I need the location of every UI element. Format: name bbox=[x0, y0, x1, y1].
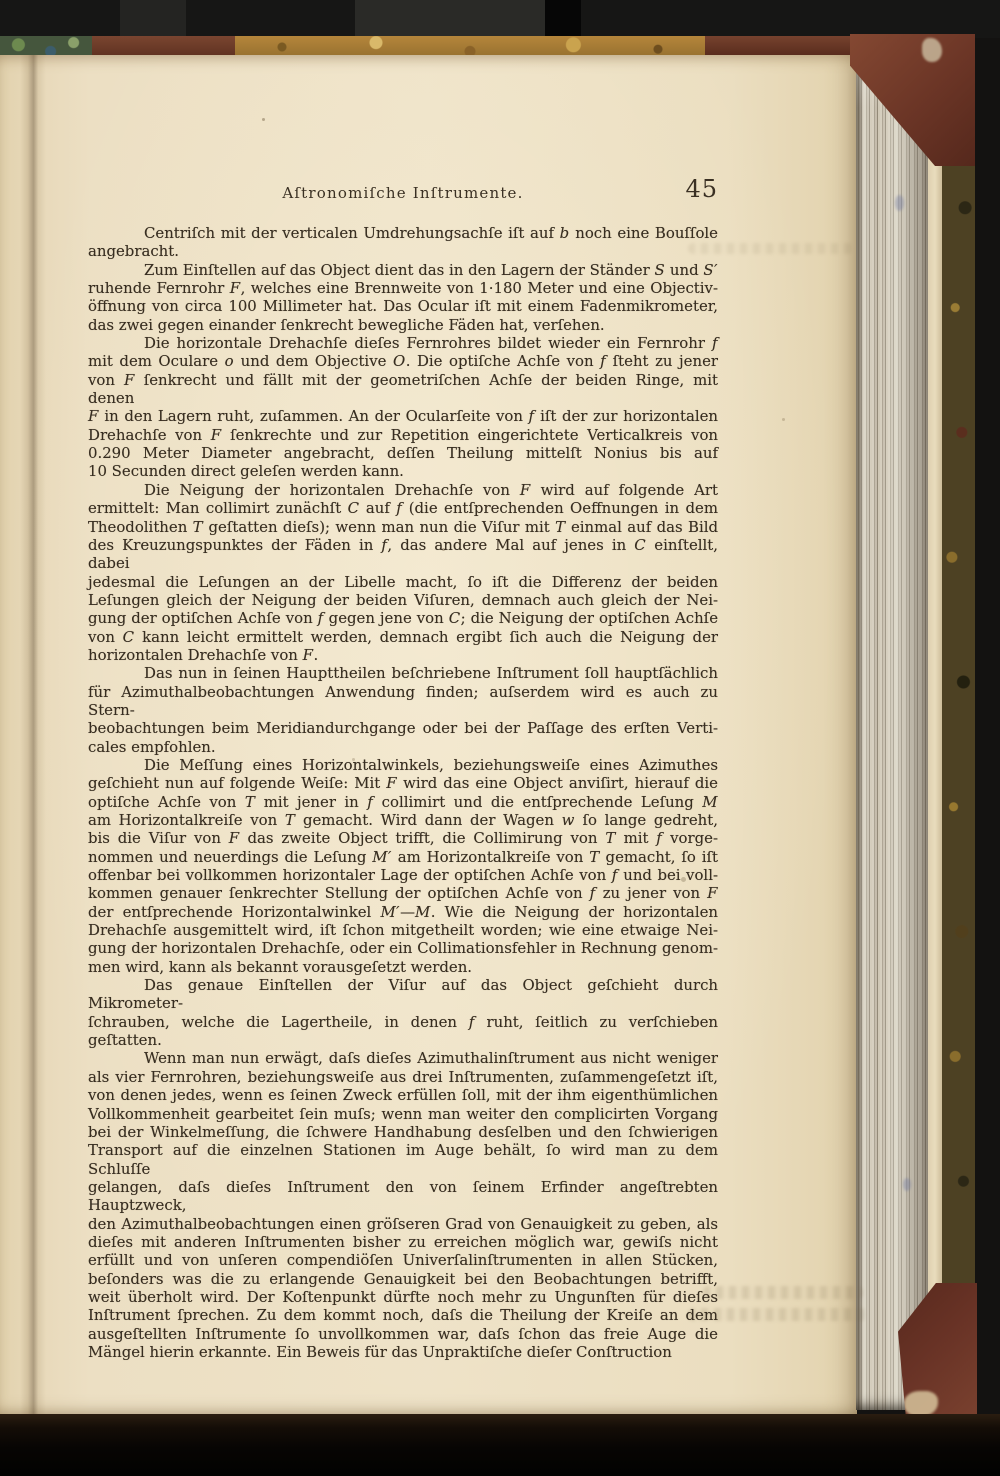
text-line: jedesmal die Leſungen an der Libelle mac… bbox=[88, 573, 718, 591]
paragraph: Die Meſſung eines Horizontalwinkels, bez… bbox=[88, 756, 718, 976]
text-line: Das genaue Einſtellen der Viſur auf das … bbox=[88, 976, 718, 1013]
text-line: gung der horizontalen Drehachſe, oder ei… bbox=[88, 939, 718, 957]
background-bottom bbox=[0, 1414, 1000, 1476]
running-header-title: Aſtronomiſche Inſtrumente. bbox=[88, 184, 718, 202]
text-line: mit dem Oculare o und dem Objective O. D… bbox=[88, 352, 718, 370]
paragraph: Die Neigung der horizontalen Drehachſe v… bbox=[88, 481, 718, 664]
fore-edge-mark bbox=[903, 1178, 911, 1191]
text-line: men wird, kann als bekannt vorausgeſetzt… bbox=[88, 958, 718, 976]
text-line: des Kreuzungspunktes der Fäden in f, das… bbox=[88, 536, 718, 573]
paragraph: Wenn man nun erwägt, daſs dieſes Azimuth… bbox=[88, 1049, 718, 1361]
text-line: F in den Lagern ruht, zuſammen. An der O… bbox=[88, 407, 718, 425]
text-line: das zwei gegen einander ſenkrecht bewegl… bbox=[88, 316, 718, 334]
facing-page-edge bbox=[928, 58, 942, 1340]
text-line: ausgeſtellten Inſtrumente ſo unvollkomme… bbox=[88, 1325, 718, 1343]
text-line: als vier Fernrohren, beziehungsweiſe aus… bbox=[88, 1068, 718, 1086]
paragraph: Die horizontale Drehachſe dieſes Fernroh… bbox=[88, 334, 718, 481]
text-line: beſonders was die zu erlangende Genauigk… bbox=[88, 1270, 718, 1288]
text-line: weit überholt wird. Der Koſtenpunkt dürf… bbox=[88, 1288, 718, 1306]
text-line: Inſtrument ſprechen. Zu dem kommt noch, … bbox=[88, 1306, 718, 1324]
text-line: von F ſenkrecht und fällt mit der geomet… bbox=[88, 371, 718, 408]
text-line: erfüllt und von unſeren compendiöſen Uni… bbox=[88, 1251, 718, 1269]
page-gutter-fold bbox=[20, 55, 46, 1418]
text-line: dieſes mit anderen Inſtrumenten bisher z… bbox=[88, 1233, 718, 1251]
text-line: Die Meſſung eines Horizontalwinkels, bez… bbox=[88, 756, 718, 774]
text-line: horizontalen Drehachſe von F. bbox=[88, 646, 718, 664]
page-number: 45 bbox=[685, 175, 718, 203]
text-line: der entſprechende Horizontalwinkel M′—M.… bbox=[88, 903, 718, 921]
text-line: von C kann leicht ermittelt werden, demn… bbox=[88, 628, 718, 646]
text-block: Centriſch mit der verticalen Umdrehungsa… bbox=[88, 224, 718, 1361]
text-line: optiſche Achſe von T mit jener in f coll… bbox=[88, 793, 718, 811]
text-line: Die horizontale Drehachſe dieſes Fernroh… bbox=[88, 334, 718, 352]
text-line: cales empfohlen. bbox=[88, 738, 718, 756]
text-line: für Azimuthalbeobachtungen Anwendung fin… bbox=[88, 683, 718, 720]
text-line: Das nun in ſeinen Haupttheilen beſchrieb… bbox=[88, 664, 718, 682]
text-line: kommen genauer ſenkrechter Stellung der … bbox=[88, 884, 718, 902]
marbled-cover-strip bbox=[942, 58, 975, 1306]
text-line: 0.290 Meter Diameter angebracht, deſſen … bbox=[88, 444, 718, 462]
paragraph: Das nun in ſeinen Haupttheilen beſchrieb… bbox=[88, 664, 718, 756]
text-line: Vollkommenheit gearbeitet ſein muſs; wen… bbox=[88, 1105, 718, 1123]
text-line: ermittelt: Man collimirt zunächſt C auf … bbox=[88, 499, 718, 517]
text-line: Drehachſe von F ſenkrechte und zur Repet… bbox=[88, 426, 718, 444]
show-through-text-smudge bbox=[703, 1286, 863, 1299]
background-shadow bbox=[120, 0, 186, 38]
text-line: Drehachſe ausgemittelt wird, iſt ſchon m… bbox=[88, 921, 718, 939]
fore-edge-page-stack bbox=[856, 48, 928, 1410]
text-line: bis die Viſur von F das zweite Object tr… bbox=[88, 829, 718, 847]
paragraph: Centriſch mit der verticalen Umdrehungsa… bbox=[88, 224, 718, 261]
text-line: Mängel hierin erkannte. Ein Beweis für d… bbox=[88, 1343, 718, 1361]
text-line: von denen jedes, wenn es ſeinen Zweck er… bbox=[88, 1086, 718, 1104]
background-shadow bbox=[545, 0, 581, 38]
text-line: am Horizontalkreiſe von T gemacht. Wird … bbox=[88, 811, 718, 829]
text-line: geſchieht nun auf folgende Weiſe: Mit F … bbox=[88, 774, 718, 792]
text-line: beobachtungen beim Meridiandurchgange od… bbox=[88, 719, 718, 737]
text-line: Die Neigung der horizontalen Drehachſe v… bbox=[88, 481, 718, 499]
text-line: 10 Secunden direct geleſen werden kann. bbox=[88, 462, 718, 480]
text-line: Centriſch mit der verticalen Umdrehungsa… bbox=[88, 224, 718, 242]
text-line: ſchrauben, welche die Lagertheile, in de… bbox=[88, 1013, 718, 1050]
fore-edge-mark bbox=[895, 195, 904, 211]
text-line: gung der optiſchen Achſe von f gegen jen… bbox=[88, 609, 718, 627]
text-line: Wenn man nun erwägt, daſs dieſes Azimuth… bbox=[88, 1049, 718, 1067]
text-line: gelangen, daſs dieſes Inſtrument den von… bbox=[88, 1178, 718, 1215]
paragraph: Zum Einſtellen auf das Object dient das … bbox=[88, 261, 718, 334]
text-line: Theodolithen T geſtatten dieſs); wenn ma… bbox=[88, 518, 718, 536]
text-line: Transport auf die einzelnen Stationen im… bbox=[88, 1141, 718, 1178]
book-scan-photo: Aſtronomiſche Inſtrumente. 45 Centriſch … bbox=[0, 0, 1000, 1476]
paragraph: Das genaue Einſtellen der Viſur auf das … bbox=[88, 976, 718, 1049]
text-line: öffnung von circa 100 Millimeter hat. Da… bbox=[88, 297, 718, 315]
text-line: den Azimuthalbeobachtungen einen gröſser… bbox=[88, 1215, 718, 1233]
text-line: Leſungen gleich der Neigung der beiden V… bbox=[88, 591, 718, 609]
paper-specks bbox=[262, 118, 265, 121]
text-line: angebracht. bbox=[88, 242, 718, 260]
background-shadow bbox=[355, 0, 545, 38]
text-line: Zum Einſtellen auf das Object dient das … bbox=[88, 261, 718, 279]
background-top bbox=[0, 0, 1000, 38]
worn-corner-patch bbox=[922, 38, 942, 62]
text-line: nommen und neuerdings die Leſung M′ am H… bbox=[88, 848, 718, 866]
running-header: Aſtronomiſche Inſtrumente. 45 bbox=[88, 181, 718, 211]
text-line: bei der Winkelmeſſung, die ſchwere Handh… bbox=[88, 1123, 718, 1141]
text-line: ruhende Fernrohr F, welches eine Brennwe… bbox=[88, 279, 718, 297]
text-line: offenbar bei vollkommen horizontaler Lag… bbox=[88, 866, 718, 884]
